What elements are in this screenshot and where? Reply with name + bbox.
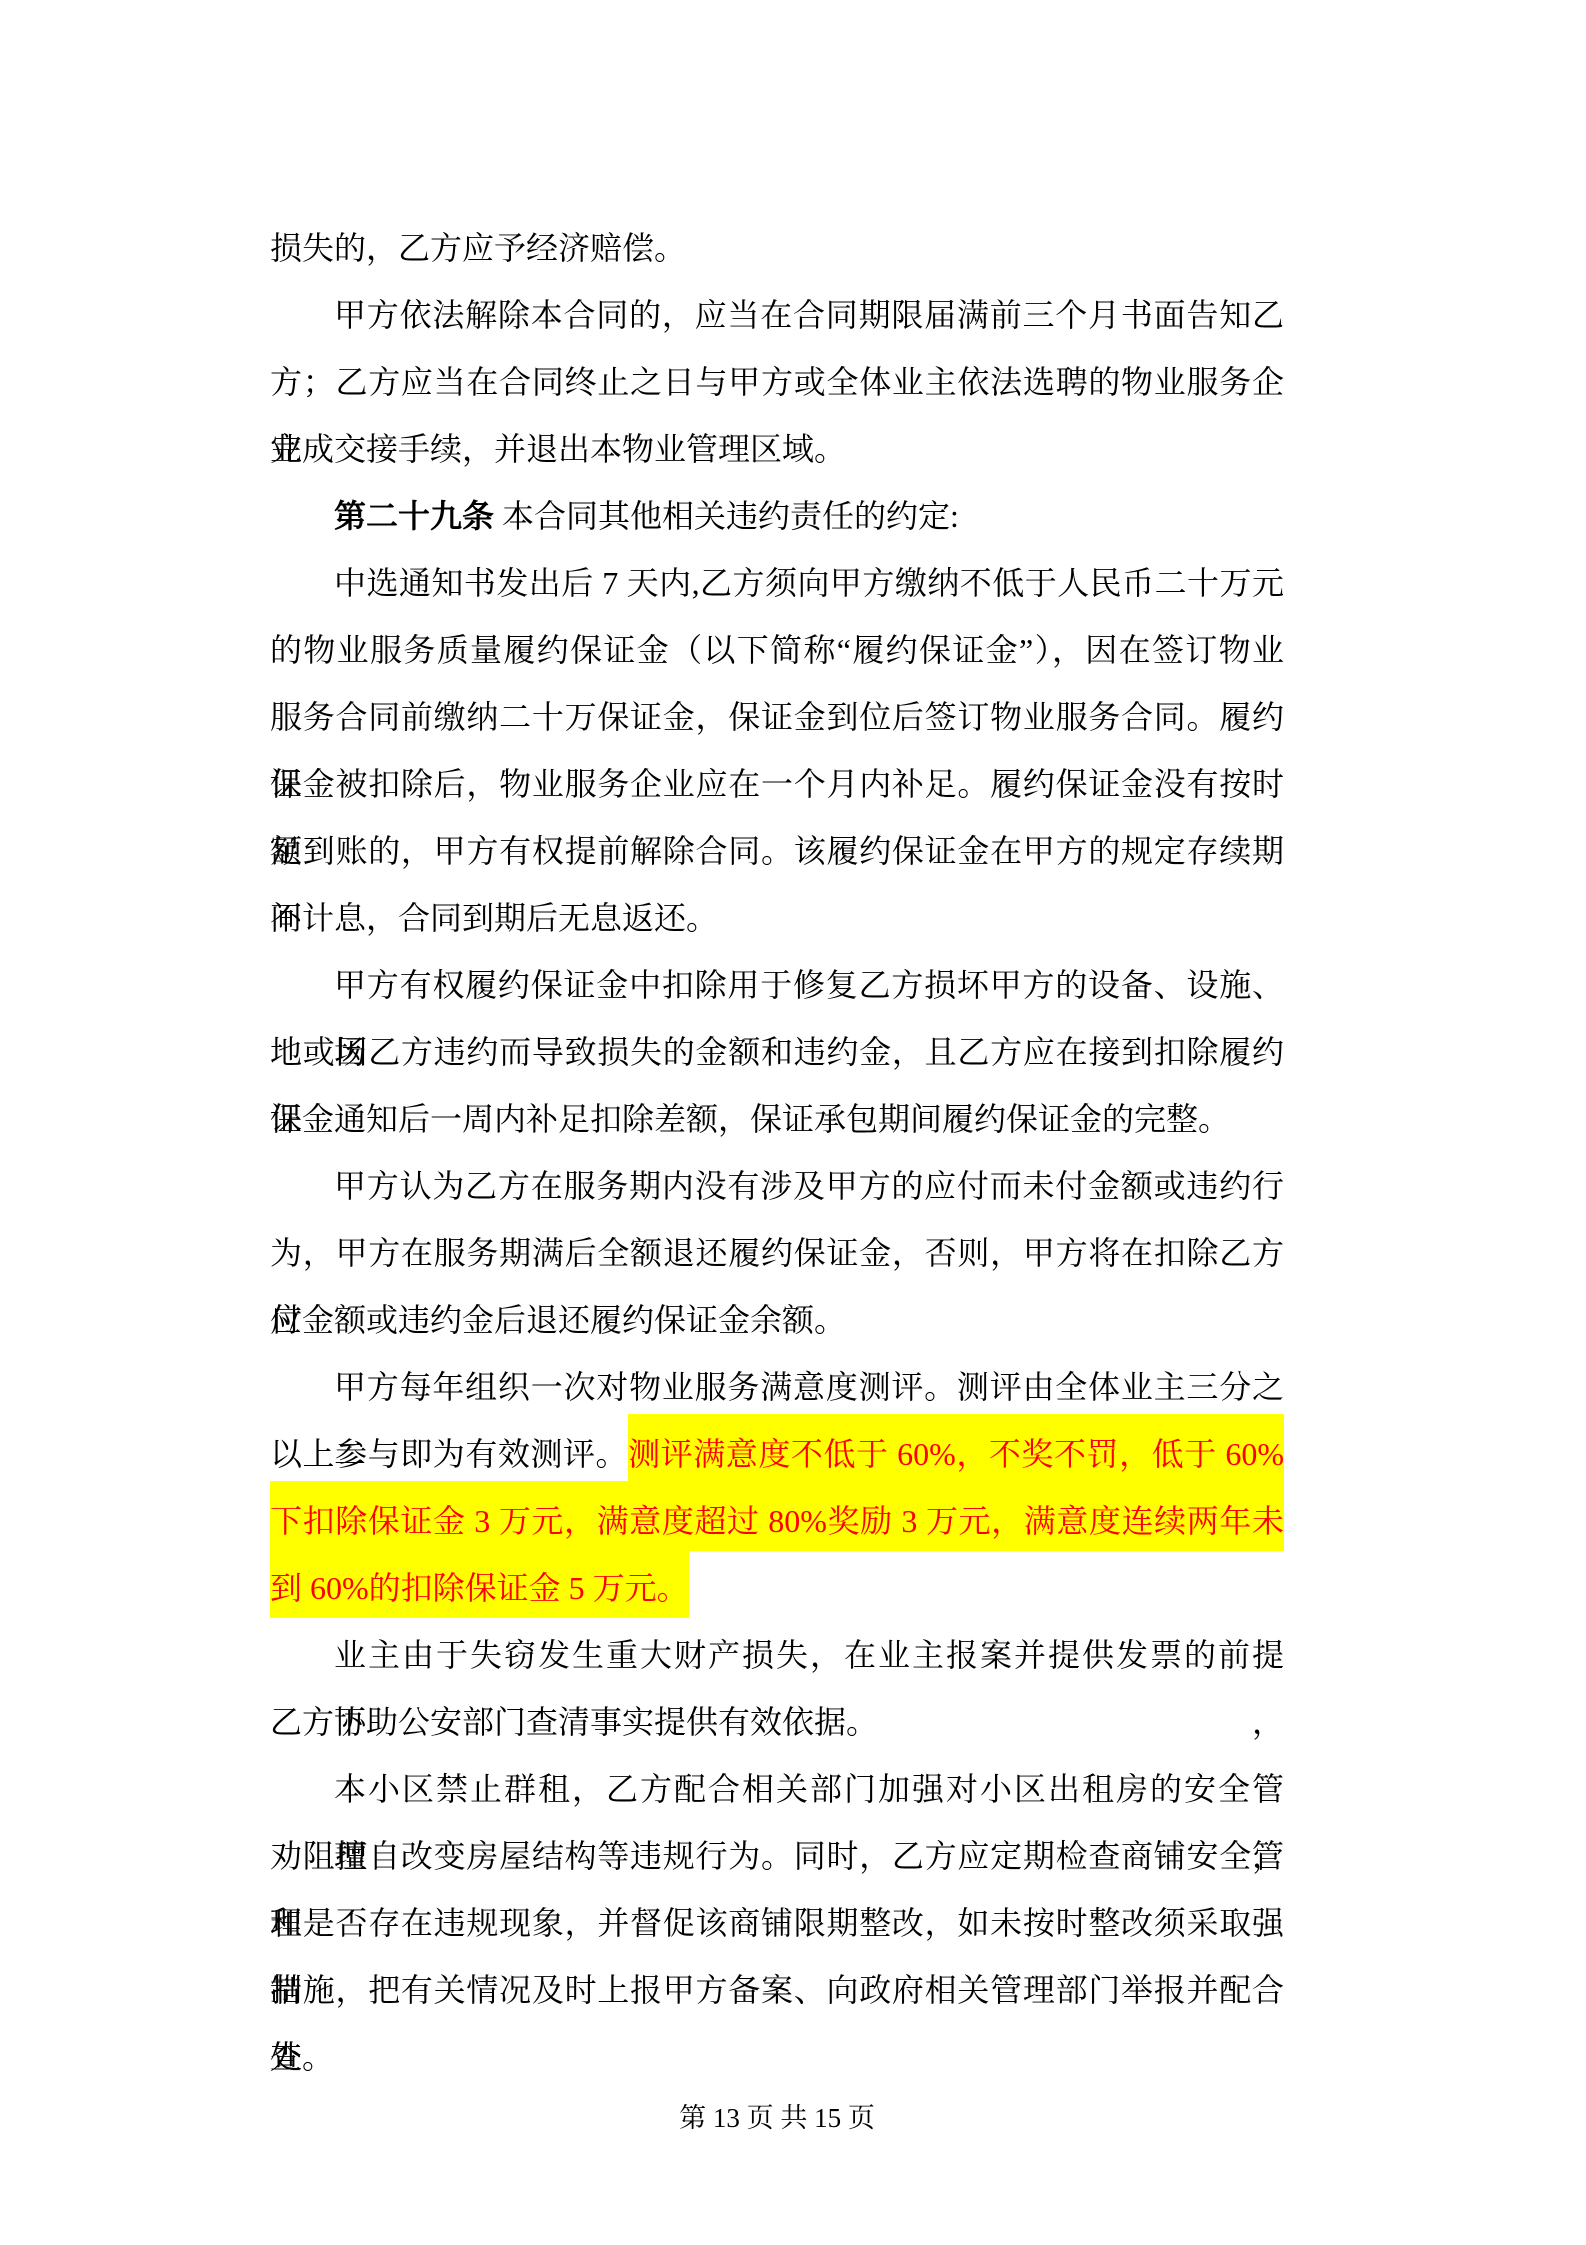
text-line: 措施，把有关情况及时上报甲方备案、向政府相关管理部门举报并配合查 — [270, 1957, 1284, 2024]
text-line: 证金通知后一周内补足扣除差额，保证承包期间履约保证金的完整。 — [270, 1086, 1284, 1153]
text-segment: 的物业服务质量履约保证金（以下简称“履约保证金”），因在签订物业 — [270, 632, 1284, 668]
text-line: 付金额或违约金后退还履约保证金余额。 — [270, 1287, 1284, 1354]
text-segment: 第二十九条 — [334, 498, 494, 534]
text-line: 以上参与即为有效测评。测评满意度不低于 60%，不奖不罚，低于 60%以 — [270, 1421, 1284, 1488]
text-line: 到 60%的扣除保证金 5 万元。 — [270, 1555, 1284, 1622]
text-segment: 不计息，合同到期后无息返还。 — [270, 900, 718, 936]
text-line: 劝阻擅自改变房屋结构等违规行为。同时，乙方应定期检查商铺安全管理 — [270, 1823, 1284, 1890]
text-line: 甲方每年组织一次对物业服务满意度测评。测评由全体业主三分之二 — [270, 1354, 1284, 1421]
text-segment: 中选通知书发出后 7 天内,乙方须向甲方缴纳不低于人民币二十万元 — [334, 565, 1284, 601]
text-line: 甲方依法解除本合同的，应当在合同期限届满前三个月书面告知乙 — [270, 282, 1284, 349]
text-line: 的物业服务质量履约保证金（以下简称“履约保证金”），因在签订物业 — [270, 617, 1284, 684]
text-segment: 付金额或违约金后退还履约保证金余额。 — [270, 1302, 846, 1338]
text-line: 和是否存在违规现象，并督促该商铺限期整改，如未按时整改须采取强制 — [270, 1890, 1284, 1957]
text-line: 甲方认为乙方在服务期内没有涉及甲方的应付而未付金额或违约行 — [270, 1153, 1284, 1220]
text-line: 第二十九条 本合同其他相关违约责任的约定: — [270, 483, 1284, 550]
text-line: 损失的，乙方应予经济赔偿。 — [270, 215, 1284, 282]
text-line: 额到账的，甲方有权提前解除合同。该履约保证金在甲方的规定存续期间 — [270, 818, 1284, 885]
text-line: 下扣除保证金 3 万元，满意度超过 80%奖励 3 万元，满意度连续两年未达 — [270, 1488, 1284, 1555]
text-line: 完成交接手续，并退出本物业管理区域。 — [270, 416, 1284, 483]
text-line: 不计息，合同到期后无息返还。 — [270, 885, 1284, 952]
text-line: 证金被扣除后，物业服务企业应在一个月内补足。履约保证金没有按时足 — [270, 751, 1284, 818]
text-segment: 以上参与即为有效测评。 — [270, 1436, 628, 1472]
text-segment: 本合同其他相关违约责任的约定: — [494, 498, 959, 534]
text-line: 处。 — [270, 2024, 1284, 2091]
text-segment: 处。 — [270, 2039, 334, 2075]
highlighted-segment: 到 60%的扣除保证金 5 万元。 — [270, 1548, 689, 1618]
document-body: 损失的，乙方应予经济赔偿。甲方依法解除本合同的，应当在合同期限届满前三个月书面告… — [270, 215, 1284, 2091]
text-segment: 甲方依法解除本合同的，应当在合同期限届满前三个月书面告知乙 — [334, 297, 1284, 333]
contract-document-page: 损失的，乙方应予经济赔偿。甲方依法解除本合同的，应当在合同期限届满前三个月书面告… — [0, 0, 1586, 2245]
text-segment: 完成交接手续，并退出本物业管理区域。 — [270, 431, 846, 467]
text-segment: 损失的，乙方应予经济赔偿。 — [270, 230, 686, 266]
text-line: 地或因乙方违约而导致损失的金额和违约金，且乙方应在接到扣除履约保 — [270, 1019, 1284, 1086]
text-line: 中选通知书发出后 7 天内,乙方须向甲方缴纳不低于人民币二十万元 — [270, 550, 1284, 617]
text-line: 服务合同前缴纳二十万保证金，保证金到位后签订物业服务合同。履约保 — [270, 684, 1284, 751]
text-segment: 乙方协助公安部门查清事实提供有效依据。 — [270, 1704, 878, 1740]
text-line: 方；乙方应当在合同终止之日与甲方或全体业主依法选聘的物业服务企业 — [270, 349, 1284, 416]
page-number-footer: 第 13 页 共 15 页 — [270, 2098, 1284, 2138]
text-segment: 甲方认为乙方在服务期内没有涉及甲方的应付而未付金额或违约行 — [334, 1168, 1284, 1204]
text-line: 为，甲方在服务期满后全额退还履约保证金，否则，甲方将在扣除乙方应 — [270, 1220, 1284, 1287]
text-segment: 证金通知后一周内补足扣除差额，保证承包期间履约保证金的完整。 — [270, 1101, 1230, 1137]
text-line: 业主由于失窃发生重大财产损失，在业主报案并提供发票的前提下， — [270, 1622, 1284, 1689]
text-line: 本小区禁止群租，乙方配合相关部门加强对小区出租房的安全管理， — [270, 1756, 1284, 1823]
text-line: 甲方有权履约保证金中扣除用于修复乙方损坏甲方的设备、设施、场 — [270, 952, 1284, 1019]
